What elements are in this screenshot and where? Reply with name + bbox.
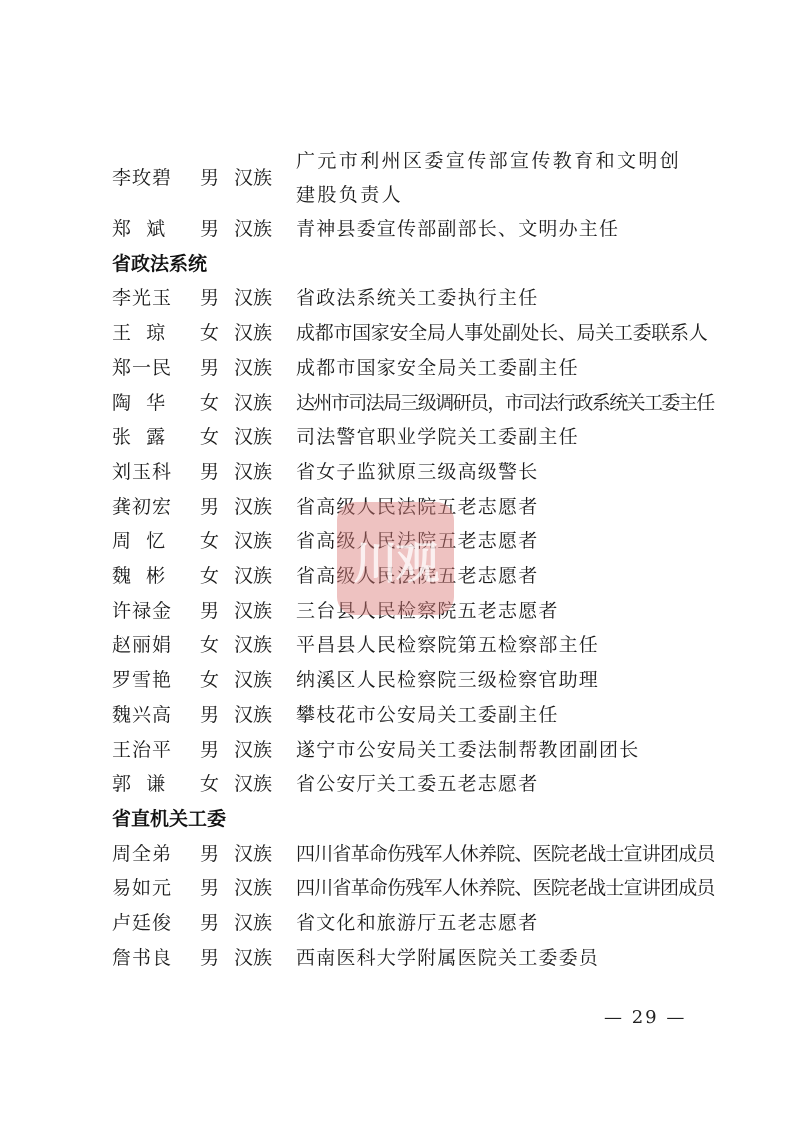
entry-gender: 女 [200, 316, 234, 351]
entry-description: 省文化和旅游厅五老志愿者 [296, 906, 702, 941]
entry-description: 纳溪区人民检察院三级检察官助理 [296, 663, 702, 698]
list-entry: 刘玉科 男 汉族 省女子监狱原三级高级警长 [112, 455, 702, 490]
entry-description: 司法警官职业学院关工委副主任 [296, 420, 702, 455]
entry-description: 省高级人民法院五老志愿者 [296, 490, 702, 525]
list-entry: 周全弟 男 汉族 四川省革命伤残军人休养院、医院老战士宣讲团成员 [112, 837, 702, 872]
entry-ethnicity: 汉族 [234, 161, 296, 196]
entry-gender: 男 [200, 698, 234, 733]
list-entry: 魏 彬 女 汉族 省高级人民法院五老志愿者 [112, 559, 702, 594]
entry-gender: 男 [200, 837, 234, 872]
entry-name: 张 露 [112, 420, 200, 455]
entry-description: 省高级人民法院五老志愿者 [296, 524, 702, 559]
document-page: 李玫碧 男 汉族 广元市利州区委宣传部宣传教育和文明创建股负责人 郑 斌 男 汉… [0, 0, 793, 1122]
entry-name: 王治平 [112, 733, 200, 768]
entry-gender: 男 [200, 490, 234, 525]
entry-ethnicity: 汉族 [234, 594, 296, 629]
list-entry: 郑 斌 男 汉族 青神县委宣传部副部长、文明办主任 [112, 212, 702, 247]
entry-name: 许禄金 [112, 594, 200, 629]
entry-gender: 女 [200, 663, 234, 698]
entry-ethnicity: 汉族 [234, 767, 296, 802]
entry-name: 魏 彬 [112, 559, 200, 594]
entry-ethnicity: 汉族 [234, 941, 296, 976]
section-title: 省直机关工委 [112, 802, 702, 837]
entry-description: 省公安厅关工委五老志愿者 [296, 767, 702, 802]
list-entry: 卢廷俊 男 汉族 省文化和旅游厅五老志愿者 [112, 906, 702, 941]
list-entry: 郑一民 男 汉族 成都市国家安全局关工委副主任 [112, 351, 702, 386]
entry-name: 李光玉 [112, 281, 200, 316]
page-number: — 29 — [604, 1007, 686, 1028]
entry-description: 遂宁市公安局关工委法制帮教团副团长 [296, 733, 702, 768]
entry-description: 四川省革命伤残军人休养院、医院老战士宣讲团成员 [296, 837, 715, 872]
entry-name: 陶 华 [112, 386, 200, 421]
entry-gender: 女 [200, 559, 234, 594]
entry-gender: 男 [200, 281, 234, 316]
list-entry: 周 忆 女 汉族 省高级人民法院五老志愿者 [112, 524, 702, 559]
entry-description: 平昌县人民检察院第五检察部主任 [296, 628, 702, 663]
list-entry: 郭 谦 女 汉族 省公安厅关工委五老志愿者 [112, 767, 702, 802]
entry-ethnicity: 汉族 [234, 628, 296, 663]
entry-name: 刘玉科 [112, 455, 200, 490]
entry-name: 魏兴高 [112, 698, 200, 733]
entry-gender: 男 [200, 941, 234, 976]
entry-description: 省女子监狱原三级高级警长 [296, 455, 702, 490]
entry-ethnicity: 汉族 [234, 663, 296, 698]
entry-ethnicity: 汉族 [234, 351, 296, 386]
entry-ethnicity: 汉族 [234, 906, 296, 941]
entry-ethnicity: 汉族 [234, 733, 296, 768]
list-entry: 魏兴高 男 汉族 攀枝花市公安局关工委副主任 [112, 698, 702, 733]
entry-name: 郑 斌 [112, 212, 200, 247]
award-list: 李玫碧 男 汉族 广元市利州区委宣传部宣传教育和文明创建股负责人 郑 斌 男 汉… [112, 144, 702, 975]
entry-ethnicity: 汉族 [234, 281, 296, 316]
entry-ethnicity: 汉族 [234, 212, 296, 247]
entry-gender: 男 [200, 594, 234, 629]
entry-ethnicity: 汉族 [234, 490, 296, 525]
entry-ethnicity: 汉族 [234, 316, 296, 351]
entry-ethnicity: 汉族 [234, 455, 296, 490]
entry-name: 罗雪艳 [112, 663, 200, 698]
entry-description: 攀枝花市公安局关工委副主任 [296, 698, 702, 733]
entry-ethnicity: 汉族 [234, 698, 296, 733]
entry-gender: 男 [200, 733, 234, 768]
entry-ethnicity: 汉族 [234, 559, 296, 594]
list-entry: 张 露 女 汉族 司法警官职业学院关工委副主任 [112, 420, 702, 455]
entry-name: 郭 谦 [112, 767, 200, 802]
entry-description: 达州市司法局三级调研员，市司法行政系统关工委主任 [296, 386, 714, 421]
entry-name: 周全弟 [112, 837, 200, 872]
list-entry: 龚初宏 男 汉族 省高级人民法院五老志愿者 [112, 490, 702, 525]
entry-name: 李玫碧 [112, 161, 200, 196]
entry-gender: 女 [200, 628, 234, 663]
entry-gender: 女 [200, 386, 234, 421]
entry-ethnicity: 汉族 [234, 524, 296, 559]
entry-name: 詹书良 [112, 941, 200, 976]
entry-description: 成都市国家安全局关工委副主任 [296, 351, 702, 386]
entry-ethnicity: 汉族 [234, 420, 296, 455]
entry-gender: 男 [200, 871, 234, 906]
entry-gender: 男 [200, 161, 234, 196]
entry-name: 卢廷俊 [112, 906, 200, 941]
list-entry: 陶 华 女 汉族 达州市司法局三级调研员，市司法行政系统关工委主任 [112, 386, 702, 421]
entry-gender: 女 [200, 767, 234, 802]
entry-description: 省高级人民法院五老志愿者 [296, 559, 702, 594]
entry-gender: 男 [200, 351, 234, 386]
list-entry: 李玫碧 男 汉族 广元市利州区委宣传部宣传教育和文明创建股负责人 [112, 144, 702, 212]
entry-name: 周 忆 [112, 524, 200, 559]
list-entry: 罗雪艳 女 汉族 纳溪区人民检察院三级检察官助理 [112, 663, 702, 698]
entry-gender: 男 [200, 212, 234, 247]
section-title: 省政法系统 [112, 247, 702, 282]
list-entry: 赵丽娟 女 汉族 平昌县人民检察院第五检察部主任 [112, 628, 702, 663]
list-entry: 易如元 男 汉族 四川省革命伤残军人休养院、医院老战士宣讲团成员 [112, 871, 702, 906]
list-entry: 许禄金 男 汉族 三台县人民检察院五老志愿者 [112, 594, 702, 629]
entry-name: 龚初宏 [112, 490, 200, 525]
entry-description: 省政法系统关工委执行主任 [296, 281, 702, 316]
entry-ethnicity: 汉族 [234, 871, 296, 906]
list-entry: 詹书良 男 汉族 西南医科大学附属医院关工委委员 [112, 941, 702, 976]
entry-description: 西南医科大学附属医院关工委委员 [296, 941, 702, 976]
entry-ethnicity: 汉族 [234, 837, 296, 872]
entry-description: 青神县委宣传部副部长、文明办主任 [296, 212, 702, 247]
entry-name: 郑一民 [112, 351, 200, 386]
entry-gender: 男 [200, 906, 234, 941]
entry-name: 赵丽娟 [112, 628, 200, 663]
list-entry: 李光玉 男 汉族 省政法系统关工委执行主任 [112, 281, 702, 316]
entry-description: 四川省革命伤残军人休养院、医院老战士宣讲团成员 [296, 871, 715, 906]
list-entry: 王 琼 女 汉族 成都市国家安全局人事处副处长、局关工委联系人 [112, 316, 702, 351]
entry-description: 广元市利州区委宣传部宣传教育和文明创建股负责人 [296, 144, 702, 212]
entry-ethnicity: 汉族 [234, 386, 296, 421]
entry-description: 成都市国家安全局人事处副处长、局关工委联系人 [296, 316, 707, 351]
list-entry: 王治平 男 汉族 遂宁市公安局关工委法制帮教团副团长 [112, 733, 702, 768]
entry-description: 三台县人民检察院五老志愿者 [296, 594, 702, 629]
entry-name: 王 琼 [112, 316, 200, 351]
entry-gender: 男 [200, 455, 234, 490]
entry-gender: 女 [200, 420, 234, 455]
entry-name: 易如元 [112, 871, 200, 906]
entry-gender: 女 [200, 524, 234, 559]
